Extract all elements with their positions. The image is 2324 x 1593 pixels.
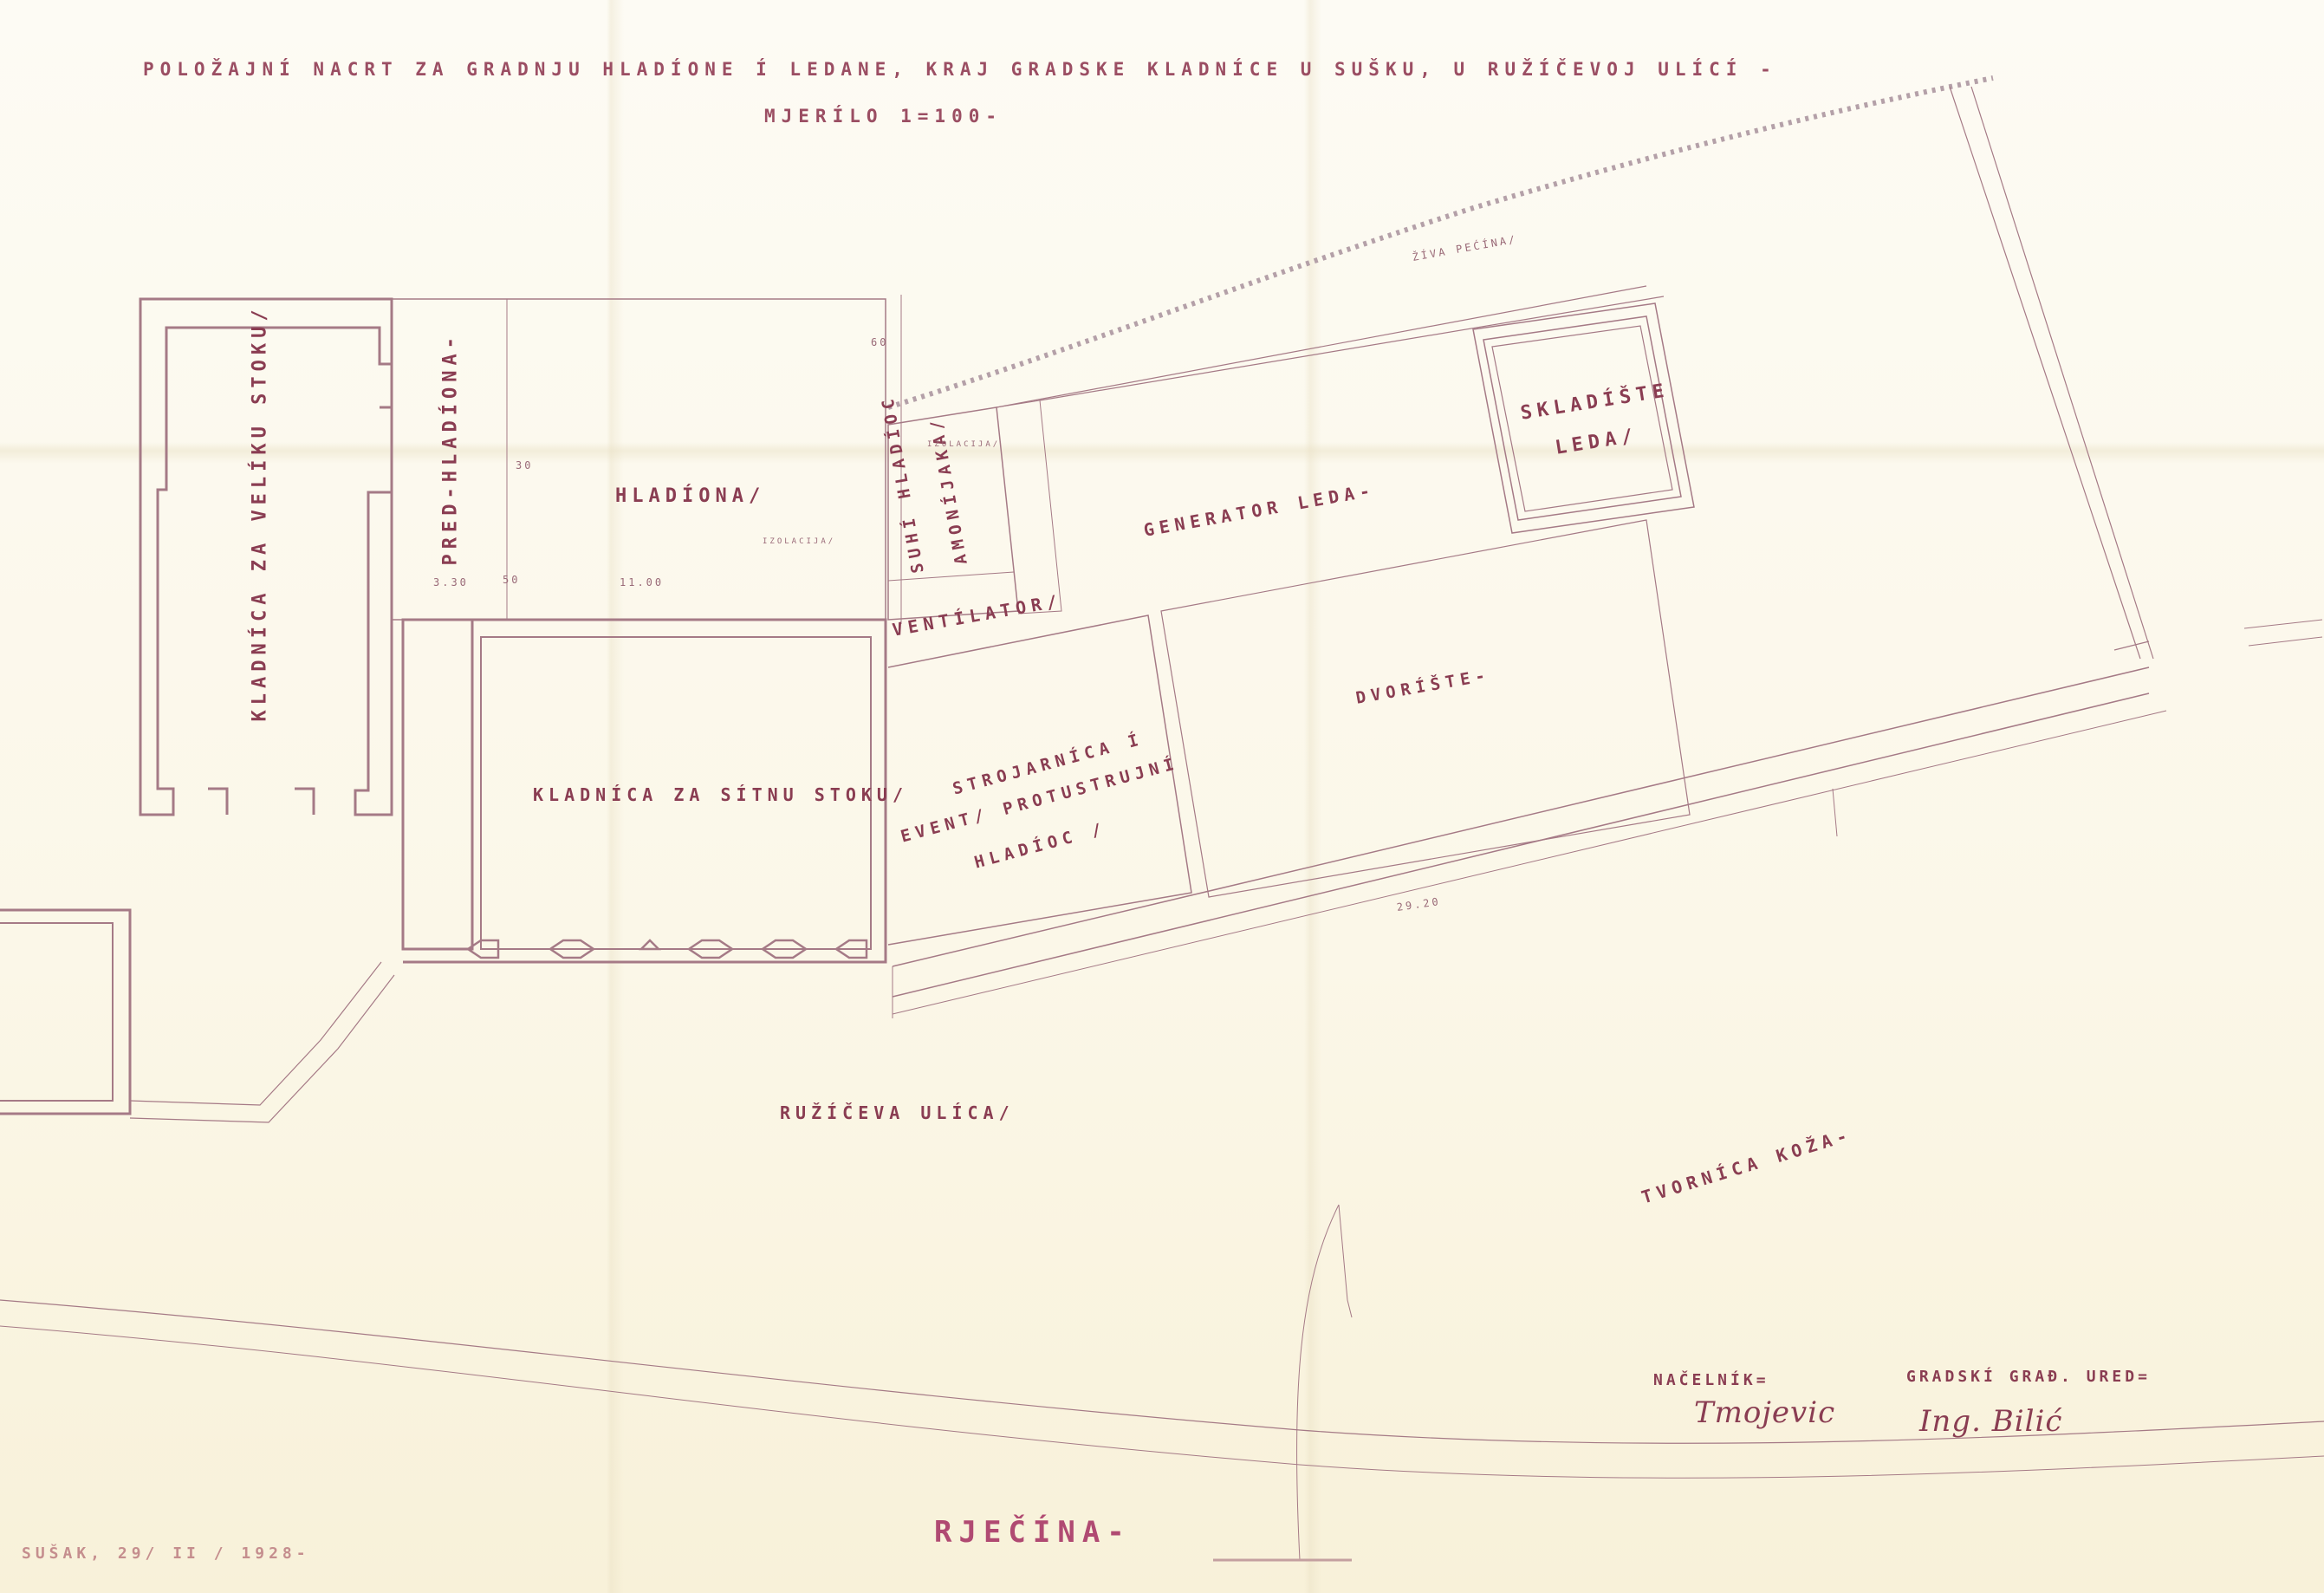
dimension-50: 50	[503, 574, 520, 586]
plan-title: POLOŽAJNÍ NACRT ZA GRADNJU HLADÍONE Í LE…	[143, 59, 1777, 80]
date-stamp: SUŠAK, 29/ II / 1928-	[22, 1544, 310, 1563]
label-gradski-ured: GRADSKÍ GRAĐ. URED=	[1906, 1368, 2151, 1386]
street-edge-lower	[893, 693, 2149, 997]
dimension-1100: 11.00	[620, 576, 664, 588]
signature-nacelnik: Tmojevic	[1694, 1395, 1835, 1430]
rock-boundary	[888, 78, 1993, 407]
dimension-60: 60	[871, 336, 888, 348]
river-bank-lower	[0, 1326, 2324, 1478]
street-edge-upper	[893, 667, 2149, 966]
room-label-hladiona: HLADÍONA/	[615, 485, 765, 507]
room-label-kladnica-velika: KLADNÍCA ZA VELÍKU STOKU/	[250, 304, 271, 721]
dimension-330: 3.30	[433, 576, 469, 588]
plan-scale: MJERÍLO 1=100-	[764, 106, 1003, 127]
room-label-pred-hladiona: PRED-HLADÍONA-	[440, 332, 462, 565]
label-nacelnik: NAČELNÍK=	[1653, 1371, 1769, 1389]
building-hladiona	[392, 299, 886, 620]
room-label-kladnica-sitna: KLADNÍCA ZA SÍTNU STOKU/	[533, 784, 908, 805]
label-izolacija-2: IZOLACIJA/	[763, 537, 835, 546]
site-plan-drawing	[0, 0, 2324, 1593]
label-izolacija-1: IZOLACIJA/	[927, 440, 1000, 449]
signature-ured: Ing. Bilić	[1919, 1404, 2062, 1439]
label-rjecina: RJEČÍNA-	[934, 1515, 1132, 1550]
label-ruziceva-ulica: RUŽÍČEVA ULÍCA/	[780, 1102, 1015, 1123]
dimension-30: 30	[516, 459, 533, 471]
